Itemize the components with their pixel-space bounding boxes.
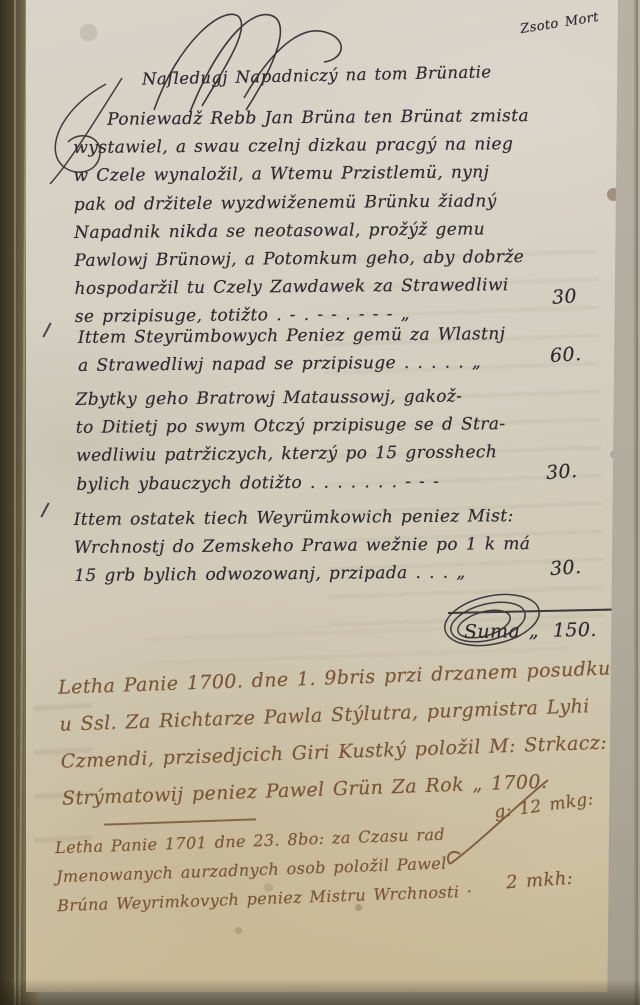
text-line: bylich ybauczych dotižto . . . . . . . -…: [76, 467, 506, 499]
corner-annotation: Zsoto Mort: [519, 10, 600, 37]
margin-tick: [42, 322, 51, 337]
entry-amount: 30.: [549, 556, 582, 580]
text-line: Poniewadž Rebb Jan Brüna ten Brünat zmis…: [73, 102, 529, 134]
text-line: wedliwiu patržiczych, kterzý po 15 gross…: [76, 439, 506, 471]
text-line: Ittem Steyrümbowych Peniez gemü za Wlast…: [78, 320, 506, 352]
text-line: Zbytky geho Bratrowj Mataussowj, gakož-: [76, 382, 506, 414]
suma-label: Suma „: [464, 620, 539, 643]
photo-bottom-shadow: [0, 979, 640, 1005]
suma-value: 150.: [553, 619, 597, 642]
manuscript-photo: Zsoto Mort Naſledugj Napadniczý na tom B…: [0, 0, 640, 1005]
text-line: Napadnik nikda se neotasowal, prožýž gem…: [74, 215, 530, 247]
ledger-entry: Poniewadž Rebb Jan Brüna ten Brünat zmis…: [73, 102, 531, 331]
text-line: pak od držitele wyzdwiženemü Brünku žiad…: [74, 187, 530, 219]
suma-row: Suma „150.: [464, 619, 597, 643]
text-line: wystawiel, a swau czelnj dizkau pracgý n…: [73, 130, 529, 162]
pen-flourish-top: [126, 2, 376, 116]
ledger-entry: Ittem Steyrümbowych Peniez gemü za Wlast…: [78, 320, 506, 380]
manuscript-page: Zsoto Mort Naſledugj Napadniczý na tom B…: [26, 0, 618, 992]
entry-amount: 30: [551, 285, 577, 309]
text-line: a Strawedliwj napad se przipisuge . . . …: [78, 348, 506, 380]
suma-flourish: [430, 580, 640, 654]
overline-stroke: [104, 818, 256, 825]
text-line: Pawlowj Brünowj, a Potomkum geho, aby do…: [74, 243, 530, 275]
paper-stains: [26, 0, 31, 5]
ledger-entry: Ittem ostatek tiech Weyrümkowich peniez …: [74, 502, 531, 591]
entry-amount: 60.: [549, 343, 582, 367]
note-amount: 2 mkh:: [505, 868, 574, 894]
margin-tick: [40, 502, 49, 517]
page-edge-line: [14, 0, 16, 1005]
ledger-entry: Zbytky geho Bratrowj Mataussowj, gakož- …: [76, 382, 507, 498]
text-line: Ittem ostatek tiech Weyrümkowich peniez …: [74, 502, 531, 534]
entry-amount: 30.: [545, 460, 578, 484]
text-line: to Ditietj po swym Otczý przipisuge se d…: [76, 410, 506, 442]
text-line: Wrchnostj do Zemskeho Prawa wežnie po 1 …: [74, 530, 531, 562]
marginal-note: Letha Panie 1701 dne 23. 8bo: za Czasu r…: [55, 819, 473, 920]
text-line: w Czele wynaložil, a Wtemu Przistlemü, n…: [74, 158, 530, 190]
text-line: hospodaržil tu Czely Zawdawek za Strawed…: [75, 271, 531, 303]
